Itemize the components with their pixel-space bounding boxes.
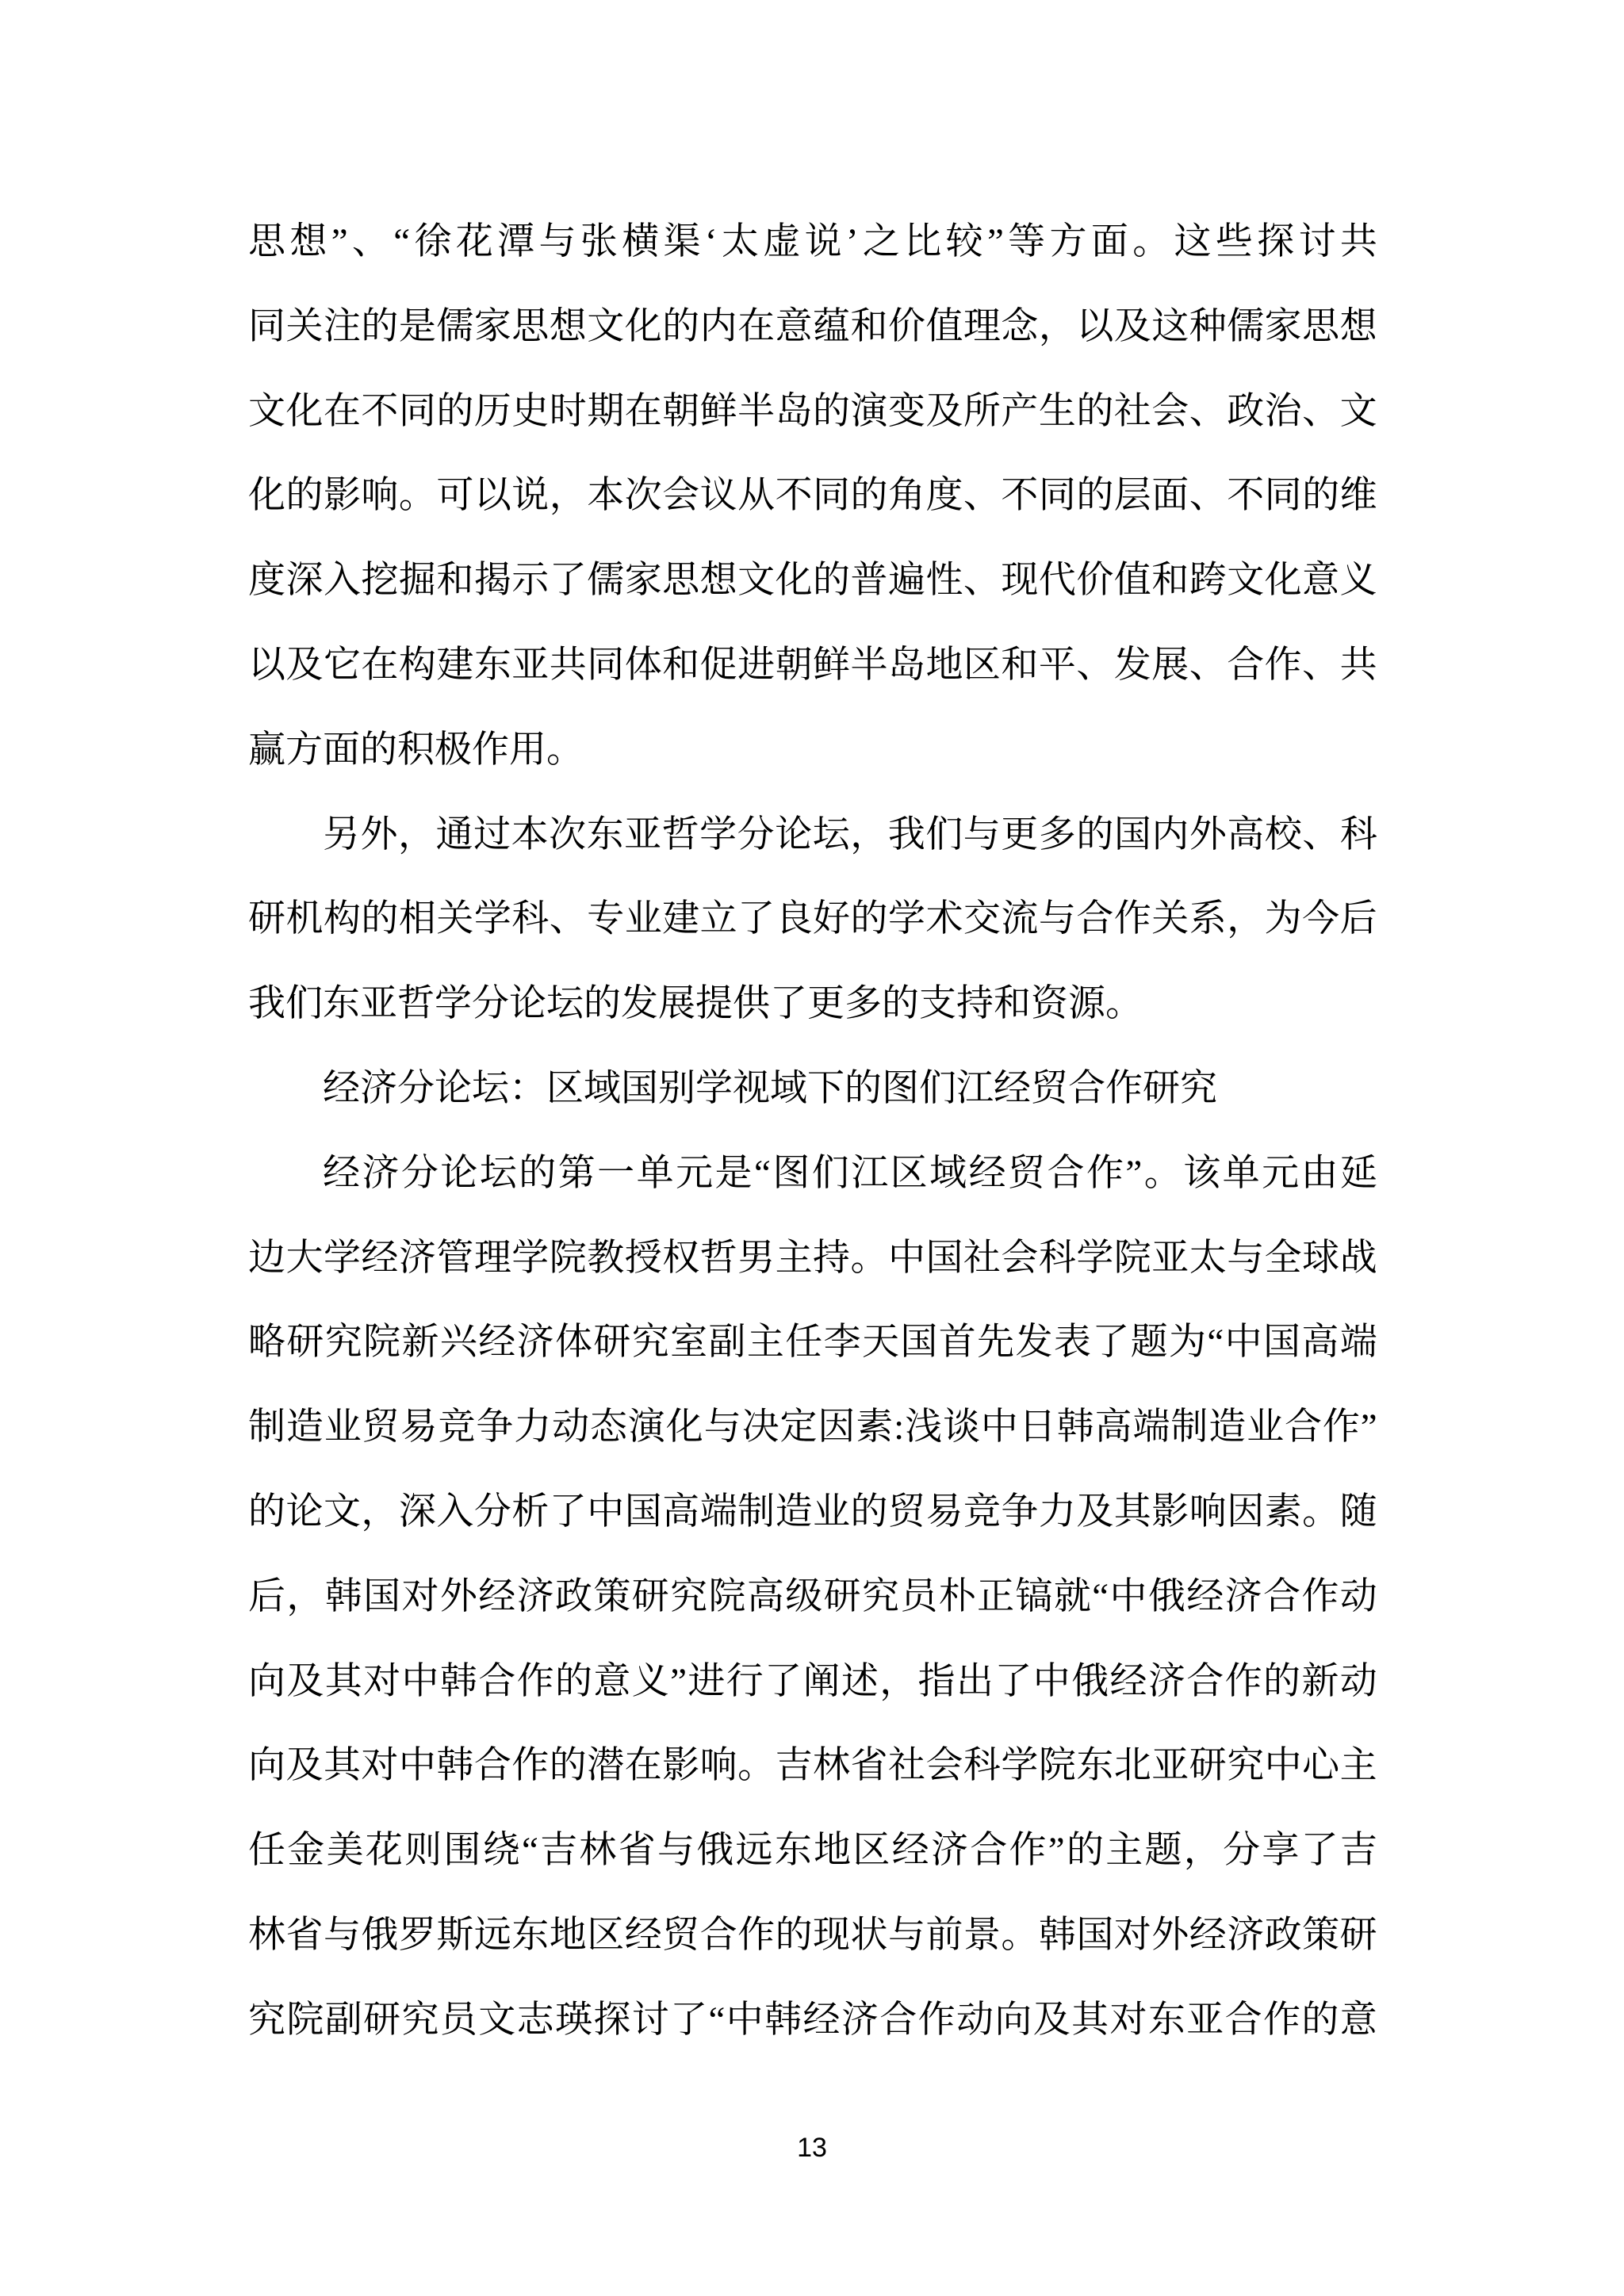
text-line: 思想”、“徐花潭与张横渠‘太虚说’之比较”等方面。这些探讨共 xyxy=(248,200,1377,285)
text-line: 制造业贸易竞争力动态演化与决定因素:浅谈中日韩高端制造业合作” xyxy=(248,1385,1377,1470)
text-line: 向及其对中韩合作的潜在影响。吉林省社会科学院东北亚研究中心主 xyxy=(248,1724,1377,1808)
text-line: 经济分论坛的第一单元是“图们江区域经贸合作”。该单元由延 xyxy=(248,1131,1377,1216)
page-number: 13 xyxy=(0,2130,1624,2166)
text-line: 任金美花则围绕“吉林省与俄远东地区经济合作”的主题，分享了吉 xyxy=(248,1808,1377,1893)
text-line: 后，韩国对外经济政策研究院高级研究员朴正镐就“中俄经济合作动 xyxy=(248,1555,1377,1640)
document-page: 思想”、“徐花潭与张横渠‘太虚说’之比较”等方面。这些探讨共同关注的是儒家思想文… xyxy=(0,0,1624,2296)
text-line: 度深入挖掘和揭示了儒家思想文化的普遍性、现代价值和跨文化意义 xyxy=(248,538,1377,623)
page-body: 思想”、“徐花潭与张横渠‘太虚说’之比较”等方面。这些探讨共同关注的是儒家思想文… xyxy=(248,200,1377,2063)
text-line: 文化在不同的历史时期在朝鲜半岛的演变及所产生的社会、政治、文 xyxy=(248,369,1377,454)
text-line: 赢方面的积极作用。 xyxy=(248,708,1377,793)
text-line: 以及它在构建东亚共同体和促进朝鲜半岛地区和平、发展、合作、共 xyxy=(248,623,1377,708)
text-line: 研机构的相关学科、专业建立了良好的学术交流与合作关系，为今后 xyxy=(248,877,1377,962)
text-line: 边大学经济管理学院教授权哲男主持。中国社会科学院亚太与全球战 xyxy=(248,1216,1377,1301)
text-line: 同关注的是儒家思想文化的内在意蕴和价值理念，以及这种儒家思想 xyxy=(248,285,1377,369)
text-line: 化的影响。可以说，本次会议从不同的角度、不同的层面、不同的维 xyxy=(248,453,1377,538)
text-line: 经济分论坛：区域国别学视域下的图们江经贸合作研究 xyxy=(248,1047,1377,1131)
text-line: 林省与俄罗斯远东地区经贸合作的现状与前景。韩国对外经济政策研 xyxy=(248,1893,1377,1978)
text-line: 略研究院新兴经济体研究室副主任李天国首先发表了题为“中国高端 xyxy=(248,1300,1377,1385)
text-line: 另外，通过本次东亚哲学分论坛，我们与更多的国内外高校、科 xyxy=(248,793,1377,878)
text-line: 向及其对中韩合作的意义”进行了阐述，指出了中俄经济合作的新动 xyxy=(248,1640,1377,1724)
text-line: 我们东亚哲学分论坛的发展提供了更多的支持和资源。 xyxy=(248,962,1377,1047)
text-line: 究院副研究员文志瑛探讨了“中韩经济合作动向及其对东亚合作的意 xyxy=(248,1978,1377,2063)
text-line: 的论文，深入分析了中国高端制造业的贸易竞争力及其影响因素。随 xyxy=(248,1470,1377,1555)
